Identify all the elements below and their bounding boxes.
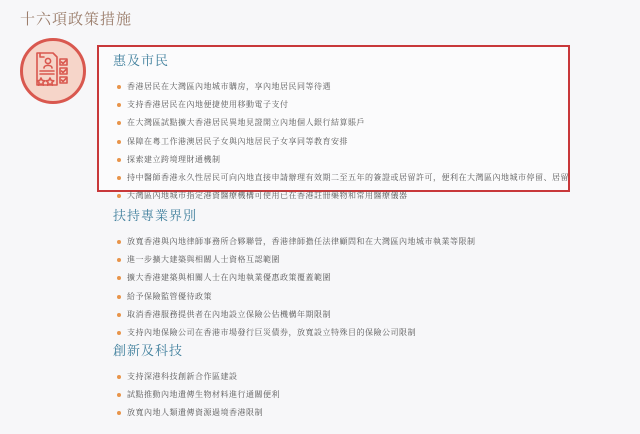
list-item: 大灣區內地城市指定港資醫療機構可使用已在香港註冊藥物和常用醫療儀器 — [113, 187, 569, 205]
policy-list: 支持深港科技創新合作區建設 試點推動內地遺傳生物材料進行通關便利 放寬內地人類遺… — [113, 368, 280, 423]
bullet-icon — [117, 258, 121, 262]
bullet-icon — [117, 375, 121, 379]
section-title: 創新及科技 — [113, 340, 280, 359]
bullet-icon — [117, 393, 121, 397]
list-item: 探索建立跨境理財通機制 — [113, 151, 569, 169]
bullet-icon — [117, 295, 121, 299]
section-benefit-residents: 惠及市民 香港居民在大灣區內地城市購房，享內地居民同等待遇 支持香港居民在內地便… — [113, 50, 569, 205]
list-item: 取消香港服務提供者在內地設立保險公估機構年期限制 — [113, 306, 476, 324]
section-title: 扶持專業界別 — [113, 205, 476, 224]
list-item: 持中醫師香港永久性居民可向內地直接申請辦理有效期二至五年的簽證或居留許可，便利在… — [113, 169, 569, 187]
section-title: 惠及市民 — [113, 50, 569, 69]
bullet-icon — [117, 276, 121, 280]
bullet-icon — [117, 158, 121, 162]
policy-badge — [20, 38, 86, 104]
bullet-icon — [117, 240, 121, 244]
list-item: 放寬內地人類遺傳資源過境香港限制 — [113, 404, 280, 422]
bullet-icon — [117, 313, 121, 317]
list-item: 放寬香港與內地律師事務所合夥聯營，香港律師擔任法律顧問和在大灣區內地城市執業等限… — [113, 233, 476, 251]
page-title: 十六項政策措施 — [20, 8, 132, 29]
list-item: 香港居民在大灣區內地城市購房，享內地居民同等待遇 — [113, 78, 569, 96]
list-item: 支持深港科技創新合作區建設 — [113, 368, 280, 386]
policy-list: 放寬香港與內地律師事務所合夥聯營，香港律師擔任法律顧問和在大灣區內地城市執業等限… — [113, 233, 476, 342]
list-item: 給予保險監管優待政策 — [113, 288, 476, 306]
list-item: 支持香港居民在內地便捷使用移動電子支付 — [113, 96, 569, 114]
bullet-icon — [117, 194, 121, 198]
list-item: 試點推動內地遺傳生物材料進行通關便利 — [113, 386, 280, 404]
policy-list: 香港居民在大灣區內地城市購房，享內地居民同等待遇 支持香港居民在內地便捷使用移動… — [113, 78, 569, 205]
bullet-icon — [117, 121, 121, 125]
bullet-icon — [117, 140, 121, 144]
bullet-icon — [117, 331, 121, 335]
list-item: 保障在粵工作港澳居民子女與內地居民子女享同等教育安排 — [113, 133, 569, 151]
section-innovation-technology: 創新及科技 支持深港科技創新合作區建設 試點推動內地遺傳生物材料進行通關便利 放… — [113, 340, 280, 423]
list-item: 在大灣區試點擴大香港居民異地見證開立內地個人銀行結算賬戶 — [113, 114, 569, 132]
bullet-icon — [117, 85, 121, 89]
bullet-icon — [117, 103, 121, 107]
section-support-professionals: 扶持專業界別 放寬香港與內地律師事務所合夥聯營，香港律師擔任法律顧問和在大灣區內… — [113, 205, 476, 342]
document-checklist-icon — [31, 47, 75, 95]
bullet-icon — [117, 411, 121, 415]
list-item: 進一步擴大建築與相關人士資格互認範圍 — [113, 251, 476, 269]
bullet-icon — [117, 176, 121, 180]
list-item: 擴大香港建築與相關人士在內地執業優惠政策覆蓋範圍 — [113, 269, 476, 287]
